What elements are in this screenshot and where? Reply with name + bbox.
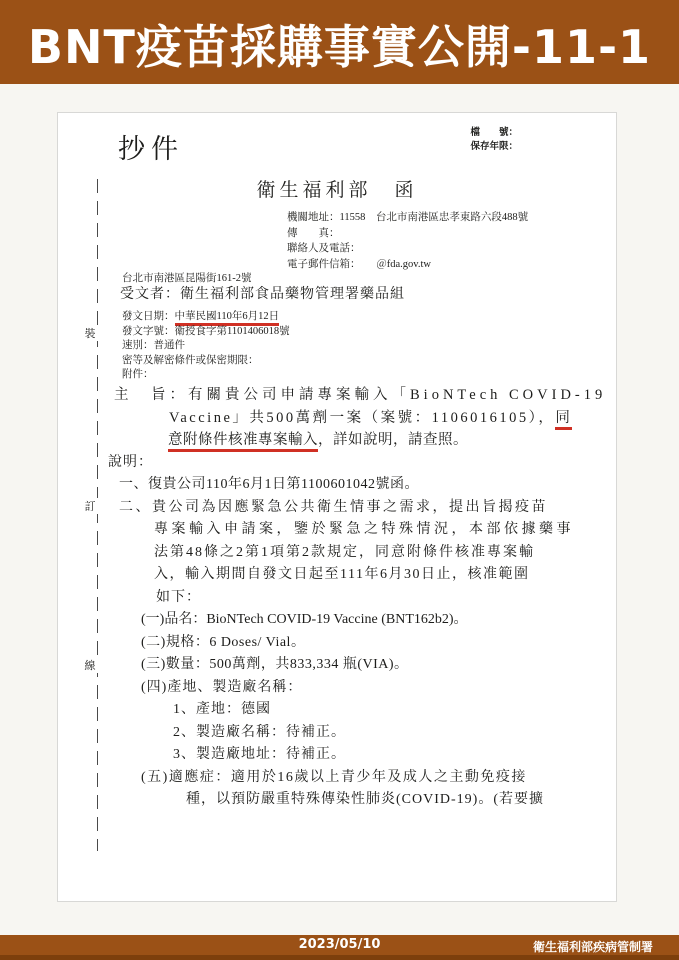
explanation-line: 2、製造廠名稱：待補正。	[58, 722, 618, 745]
doc-number-line: 發文字號：衛授食字第1101406018號	[122, 325, 290, 340]
explanation-line: (二)規格：6 Doses/ Vial。	[58, 632, 618, 655]
binding-dashed-line	[97, 179, 98, 851]
attachment-line: 附件：	[122, 368, 290, 383]
agency-address: 機關地址：11558 台北市南港區忠孝東路六段488號	[287, 210, 528, 226]
page-title: BNT疫苗採購事實公開-11-1	[28, 11, 651, 77]
recipient-line: 受文者：衛生福利部食品藥物管理署藥品組	[120, 283, 405, 303]
explanation-line: 二、貴公司為因應緊急公共衛生情事之需求，提出旨揭疫苗	[58, 497, 618, 520]
header-banner: BNT疫苗採購事實公開-11-1	[0, 0, 679, 84]
email-label: 電子郵件信箱： ＠fda.gov.tw	[287, 257, 528, 273]
subject-line-3-highlighted: 意附條件核准專案輸入	[168, 432, 318, 452]
issue-date-value-highlighted: 中華民國110年6月12日	[175, 311, 280, 326]
copy-label: 抄件	[118, 127, 184, 166]
explanation-line: 專案輸入申請案，鑒於緊急之特殊情況，本部依據藥事	[58, 519, 618, 542]
security-line: 密等及解密條件或保密期限：	[122, 354, 290, 369]
explanation-line: (三)數量：500萬劑，共833,334 瓶(VIA)。	[58, 654, 618, 677]
letter-title: 衛生福利部 函	[58, 175, 616, 202]
subject-line-2-highlighted: 同	[555, 410, 572, 430]
binding-mark-xian: 線	[82, 657, 98, 673]
fax-label: 傳 真：	[287, 226, 528, 242]
binding-mark-ding: 訂	[82, 498, 98, 514]
explanation-line: 入，輸入期間自發文日起至111年6月30日止，核准範圍	[58, 564, 618, 587]
subject-line-2-text: Vaccine」共500萬劑一案（案號：1106016105），	[169, 410, 555, 426]
explanation-line: 1、產地：德國	[58, 699, 618, 722]
explanation-line: 一、復貴公司110年6月1日第1100601042號函。	[58, 474, 618, 497]
binding-mark-zhuang: 裝	[82, 325, 98, 341]
subject-line-3: 意附條件核准專案輸入，詳如說明，請查照。	[58, 429, 618, 452]
explanation-line: (一)品名：BioNTech COVID-19 Vaccine (BNT162b…	[58, 609, 618, 632]
speed-line: 速別：普通件	[122, 339, 290, 354]
footer-agency: 衛生福利部疾病管制署	[533, 938, 653, 955]
letter-body: 主 旨：有關貴公司申請專案輸入「BioNTech COVID-19 Vaccin…	[58, 384, 618, 812]
explanation-line: 種，以預防嚴重特殊傳染性肺炎(COVID-19)。(若要擴	[58, 789, 618, 812]
subject-line-3-text: ，詳如說明，請查照。	[318, 432, 468, 448]
issue-date-line: 發文日期：中華民國110年6月12日	[122, 310, 290, 325]
explanation-line: 3、製造廠地址：待補正。	[58, 744, 618, 767]
subject-line-1: 主 旨：有關貴公司申請專案輸入「BioNTech COVID-19	[58, 384, 618, 407]
retention-label: 保存年限：	[438, 140, 518, 154]
issue-date-label: 發文日期：	[122, 311, 175, 322]
contact-label: 聯絡人及電話：	[287, 241, 528, 257]
explanation-line: 法第48條之2第1項第2款規定，同意附條件核准專案輸	[58, 542, 618, 565]
doc-meta-block: 發文日期：中華民國110年6月12日 發文字號：衛授食字第1101406018號…	[122, 310, 290, 383]
document-page: 抄件 檔 號： 保存年限： 衛生福利部 函 機關地址：11558 台北市南港區忠…	[57, 112, 617, 902]
file-number-block: 檔 號： 保存年限：	[438, 126, 518, 154]
explanation-line: (四)產地、製造廠名稱：	[58, 677, 618, 700]
agency-contact-block: 機關地址：11558 台北市南港區忠孝東路六段488號 傳 真： 聯絡人及電話：…	[287, 210, 528, 272]
footer-bar: 2023/05/10 衛生福利部疾病管制署	[0, 935, 679, 960]
explanation-label: 說明：	[58, 452, 618, 475]
subject-line-2: Vaccine」共500萬劑一案（案號：1106016105），同	[58, 407, 618, 430]
screenshot-root: BNT疫苗採購事實公開-11-1 抄件 檔 號： 保存年限： 衛生福利部 函 機…	[0, 0, 679, 960]
explanation-line: 如下：	[58, 587, 618, 610]
file-number-label: 檔 號：	[438, 126, 518, 140]
explanation-line: (五)適應症：適用於16歲以上青少年及成人之主動免疫接	[58, 767, 618, 790]
